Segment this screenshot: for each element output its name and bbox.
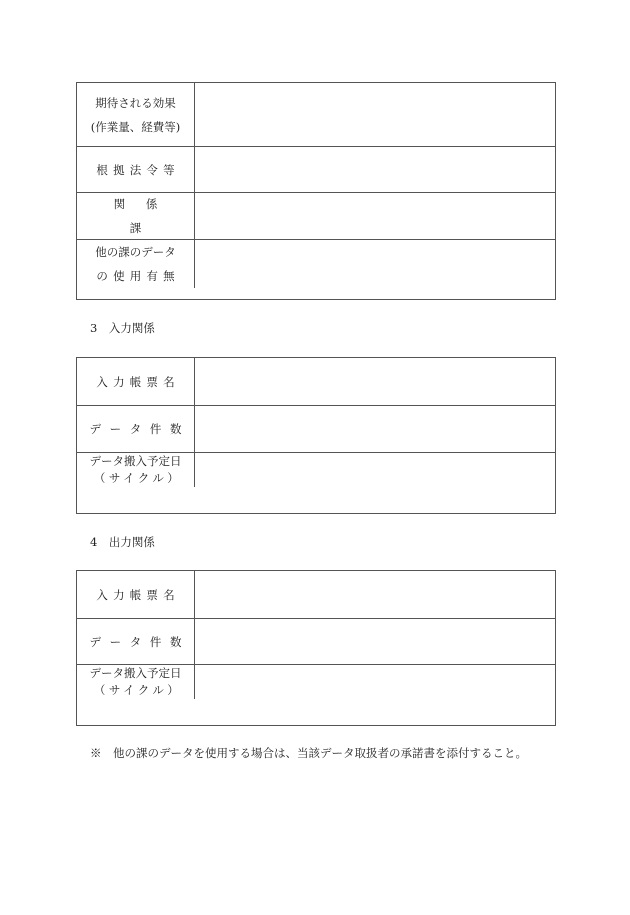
input-delivery-date-field[interactable] [195,453,555,487]
row-label: 入力帳票名 [77,571,195,618]
label-line: （サイクル） [89,682,183,699]
label-line: 根拠法令等 [91,158,180,182]
related-section-field[interactable] [195,193,555,239]
label-line: 期待される効果 [95,91,176,115]
label-line: 入力帳票名 [91,583,180,607]
other-data-usage-field[interactable] [195,240,555,288]
row-label: 入力帳票名 [77,358,195,405]
label-line: 入力帳票名 [91,370,180,394]
table-row-data-count: データ件数 [77,405,555,452]
label-line: 関係課 [77,192,194,240]
row-label: 期待される効果 (作業量、経費等) [77,83,195,146]
table-row-expected-effects: 期待される効果 (作業量、経費等) [77,83,555,146]
label-line: （サイクル） [89,470,183,487]
table-row-delivery-date: データ搬入予定日 （サイクル） [77,664,555,699]
label-line: の使用有無 [91,264,180,288]
table-row-related-section: 関係課 [77,192,555,239]
table-row-delivery-date: データ搬入予定日 （サイクル） [77,452,555,487]
row-label: データ件数 [77,406,195,452]
input-form-name-field[interactable] [195,358,555,405]
label-line: 他の課のデータ [95,240,176,264]
row-label: 根拠法令等 [77,147,195,192]
output-table: 入力帳票名 データ件数 データ搬入予定日 （サイクル） [76,570,556,726]
expected-effects-field[interactable] [195,83,555,146]
label-line: データ件数 [81,417,190,441]
output-delivery-date-field[interactable] [195,665,555,699]
table-row-form-name: 入力帳票名 [77,358,555,405]
output-form-name-field[interactable] [195,571,555,618]
row-label: データ搬入予定日 （サイクル） [77,453,195,487]
label-line: データ搬入予定日 [90,665,182,682]
effects-table: 期待される効果 (作業量、経費等) 根拠法令等 関係課 他の課のデータ の使用有… [76,82,556,300]
output-data-count-field[interactable] [195,619,555,664]
table-row-legal-basis: 根拠法令等 [77,146,555,192]
row-label: 他の課のデータ の使用有無 [77,240,195,288]
section-4-heading: 4 出力関係 [90,534,155,550]
label-line: データ件数 [81,630,190,654]
row-label: データ搬入予定日 （サイクル） [77,665,195,699]
table-row-data-count: データ件数 [77,618,555,664]
label-line: (作業量、経費等) [91,115,180,139]
legal-basis-field[interactable] [195,147,555,192]
label-line: データ搬入予定日 [90,453,182,470]
table-row-other-data-usage: 他の課のデータ の使用有無 [77,239,555,288]
section-3-heading: 3 入力関係 [90,320,155,336]
table-row-form-name: 入力帳票名 [77,571,555,618]
row-label: 関係課 [77,193,195,239]
input-table: 入力帳票名 データ件数 データ搬入予定日 （サイクル） [76,357,556,514]
footnote: ※ 他の課のデータを使用する場合は、当該データ取扱者の承諾書を添付すること。 [90,745,527,761]
row-label: データ件数 [77,619,195,664]
input-data-count-field[interactable] [195,406,555,452]
